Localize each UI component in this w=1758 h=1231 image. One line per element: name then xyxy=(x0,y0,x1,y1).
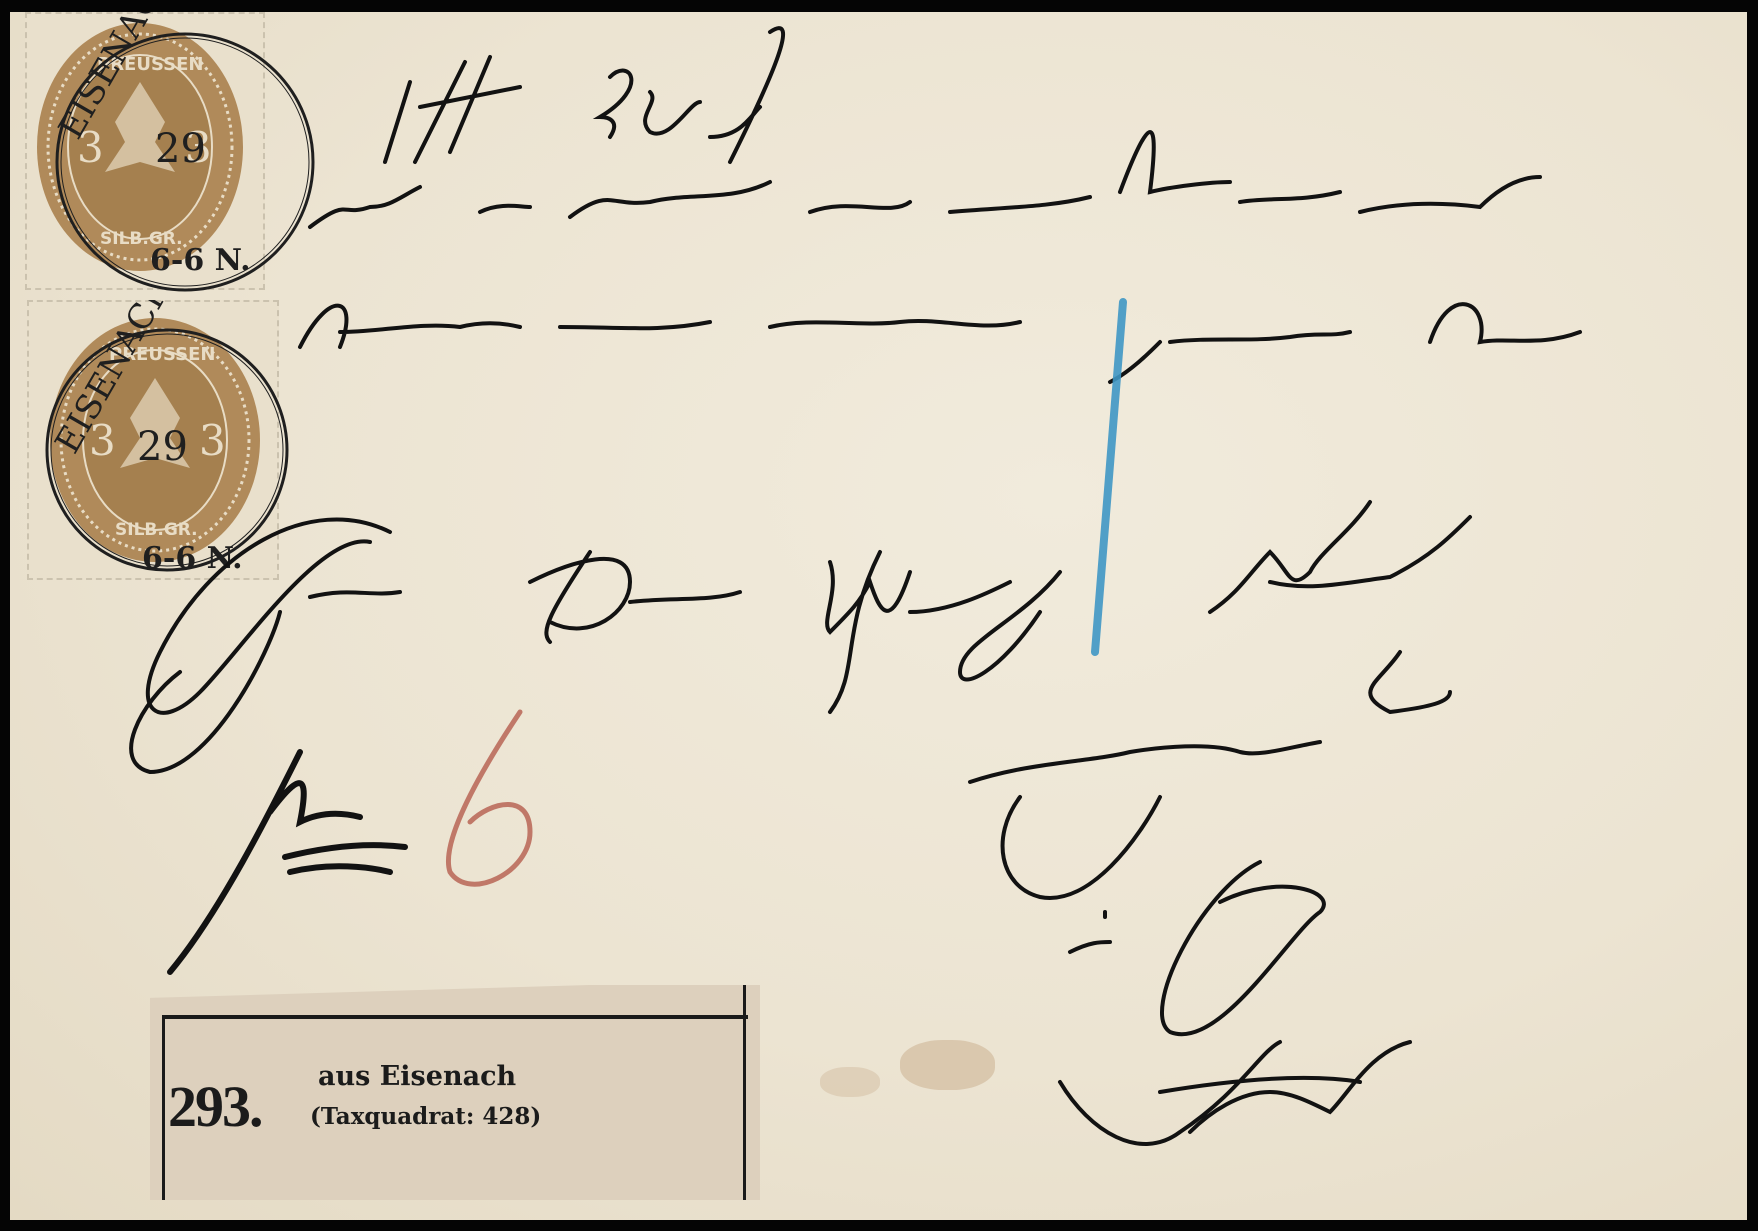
postage-note-stroke xyxy=(385,82,410,162)
blue-crayon-stroke xyxy=(1095,302,1123,652)
label-right-rule xyxy=(743,985,746,1200)
registration-label: 293. aus Eisenach (Taxquadrat: 428) xyxy=(150,985,760,1200)
label-origin: aus Eisenach xyxy=(318,1061,516,1092)
red-crayon-numeral xyxy=(448,712,530,884)
label-tax-square: (Taxquadrat: 428) xyxy=(310,1103,541,1130)
cover-paper: 3 3 PREUSSEN SILB.GR. 29 6-6 N. EISENACH… xyxy=(10,12,1747,1220)
label-number: 293. xyxy=(168,1073,262,1140)
